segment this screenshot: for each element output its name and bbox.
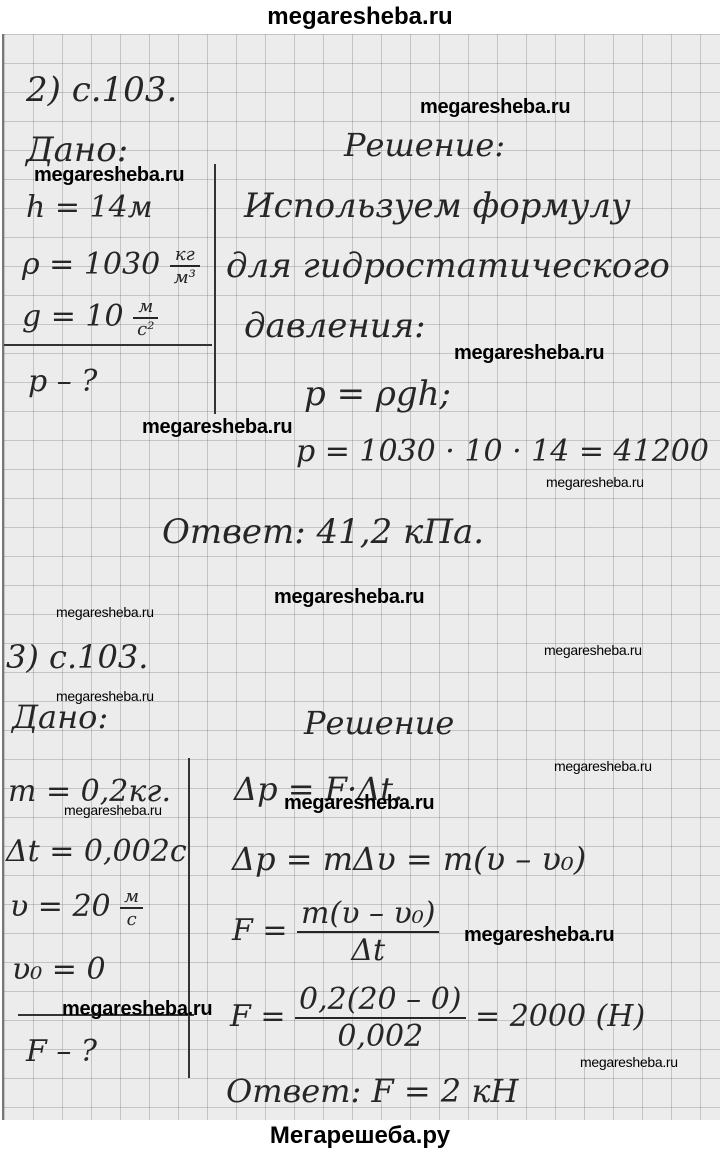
- problem2-text-1: Используем формулу: [244, 186, 631, 226]
- watermark: megaresheba.ru: [554, 758, 652, 774]
- problem3-given-dt: Δt = 0,002с: [6, 834, 187, 869]
- v-unit: мс: [120, 886, 143, 930]
- problem2-title: 2) с.103.: [26, 70, 177, 110]
- watermark: megaresheba.ru: [454, 342, 604, 365]
- problem3-solution-label: Решение: [304, 704, 454, 742]
- v-value: υ = 20: [10, 889, 111, 924]
- rho-unit: кгм³: [170, 244, 200, 288]
- problem3-eq4: F = 0,2(20 – 0)0,002 = 2000 (Н): [230, 982, 645, 1054]
- watermark: megaresheba.ru: [284, 792, 434, 815]
- problem2-text-3: давления:: [244, 306, 426, 346]
- problem2-answer: Ответ: 41,2 кПа.: [162, 512, 484, 552]
- watermark: megaresheba.ru: [56, 604, 154, 620]
- watermark: megaresheba.ru: [56, 688, 154, 704]
- eq3-lhs: F =: [232, 913, 288, 948]
- rho-value: ρ = 1030: [22, 247, 160, 282]
- watermark: megaresheba.ru: [34, 164, 184, 187]
- problem3-given-v0: υ₀ = 0: [12, 952, 106, 987]
- given-separator: [214, 164, 216, 414]
- problem2-given-g: g = 10 мс²: [22, 296, 158, 340]
- given-separator-3: [188, 758, 190, 1078]
- g-unit: мс²: [133, 296, 158, 340]
- site-footer: Мегарешеба.ру: [0, 1120, 720, 1152]
- eq4-fraction: 0,2(20 – 0)0,002: [295, 982, 465, 1054]
- problem3-find: F – ?: [26, 1034, 97, 1069]
- problem2-given-h: h = 14м: [26, 190, 153, 225]
- watermark: megaresheba.ru: [142, 416, 292, 439]
- eq4-rhs: = 2000 (Н): [475, 999, 645, 1034]
- watermark: megaresheba.ru: [64, 802, 162, 818]
- watermark: megaresheba.ru: [274, 586, 424, 609]
- g-value: g = 10: [22, 299, 124, 334]
- watermark: megaresheba.ru: [580, 1054, 678, 1070]
- eq4-lhs: F =: [230, 999, 286, 1034]
- eq3-fraction: m(υ – υ₀)Δt: [297, 896, 439, 968]
- problem3-eq3: F = m(υ – υ₀)Δt: [232, 896, 439, 968]
- problem3-eq2: Δp = mΔυ = m(υ – υ₀): [232, 840, 586, 878]
- problem2-find: p – ?: [28, 364, 97, 399]
- watermark: megaresheba.ru: [464, 924, 614, 947]
- notebook-page: 2) с.103. Дано: h = 14м ρ = 1030 кгм³ g …: [2, 34, 720, 1120]
- watermark: megaresheba.ru: [420, 96, 570, 119]
- given-divider: [4, 344, 212, 346]
- problem3-given-v: υ = 20 мс: [10, 886, 143, 930]
- problem3-answer: Ответ: F = 2 кН: [226, 1072, 518, 1110]
- site-header: megaresheba.ru: [0, 0, 720, 34]
- problem3-title: 3) с.103.: [6, 638, 148, 676]
- watermark: megaresheba.ru: [546, 474, 644, 490]
- problem2-calc: p = 1030 · 10 · 14 = 41200 (Па): [296, 434, 720, 469]
- problem2-solution-label: Решение:: [344, 126, 505, 164]
- watermark: megaresheba.ru: [544, 642, 642, 658]
- watermark: megaresheba.ru: [62, 998, 212, 1021]
- problem2-text-2: для гидростатического: [226, 246, 670, 286]
- problem2-formula: p = ρgh;: [304, 374, 451, 414]
- problem2-given-rho: ρ = 1030 кгм³: [22, 244, 200, 288]
